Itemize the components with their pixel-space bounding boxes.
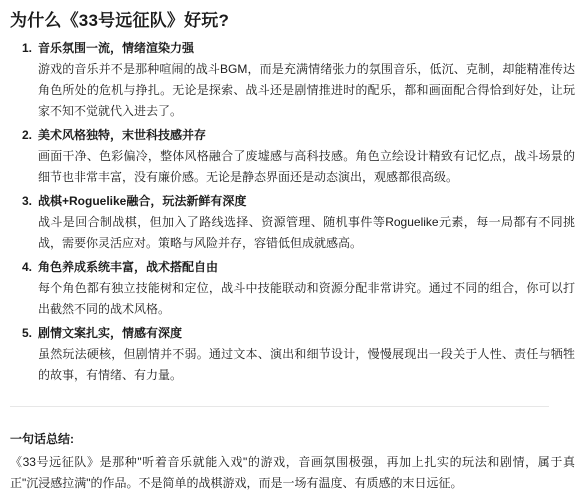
- list-item-content: 剧情文案扎实，情感有深度 虽然玩法硬核，但剧情并不弱。通过文本、演出和细节设计，…: [38, 323, 575, 386]
- list-item: 3. 战棋+Roguelike融合，玩法新鲜有深度 战斗是回合制战棋，但加入了路…: [10, 191, 575, 254]
- list-item: 4. 角色养成系统丰富，战术搭配自由 每个角色都有独立技能树和定位，战斗中技能联…: [10, 257, 575, 320]
- list-item-body: 虽然玩法硬核，但剧情并不弱。通过文本、演出和细节设计，慢慢展现出一段关于人性、责…: [38, 344, 575, 386]
- list-item-content: 音乐氛围一流，情绪渲染力强 游戏的音乐并不是那种喧闹的战斗BGM，而是充满情绪张…: [38, 38, 575, 122]
- list-item-heading: 音乐氛围一流，情绪渲染力强: [38, 38, 575, 59]
- list-item-number: 3.: [10, 191, 38, 254]
- list-item-content: 美术风格独特，末世科技感并存 画面干净、色彩偏冷，整体风格融合了废墟感与高科技感…: [38, 125, 575, 188]
- list-item: 2. 美术风格独特，末世科技感并存 画面干净、色彩偏冷，整体风格融合了废墟感与高…: [10, 125, 575, 188]
- list-item-heading: 美术风格独特，末世科技感并存: [38, 125, 575, 146]
- list-item: 1. 音乐氛围一流，情绪渲染力强 游戏的音乐并不是那种喧闹的战斗BGM，而是充满…: [10, 38, 575, 122]
- list-item-heading: 角色养成系统丰富，战术搭配自由: [38, 257, 575, 278]
- summary-body: 《33号远征队》是那种"听着音乐就能入戏"的游戏，音画氛围极强，再加上扎实的玩法…: [10, 452, 575, 494]
- list-item-content: 角色养成系统丰富，战术搭配自由 每个角色都有独立技能树和定位，战斗中技能联动和资…: [38, 257, 575, 320]
- list-item: 5. 剧情文案扎实，情感有深度 虽然玩法硬核，但剧情并不弱。通过文本、演出和细节…: [10, 323, 575, 386]
- list-item-number: 1.: [10, 38, 38, 122]
- list-item-number: 2.: [10, 125, 38, 188]
- page-title: 为什么《33号远征队》好玩?: [10, 10, 575, 32]
- list-item-body: 游戏的音乐并不是那种喧闹的战斗BGM，而是充满情绪张力的氛围音乐，低沉、克制，却…: [38, 59, 575, 122]
- summary-heading: 一句话总结:: [10, 429, 575, 450]
- summary-section: 一句话总结: 《33号远征队》是那种"听着音乐就能入戏"的游戏，音画氛围极强，再…: [10, 429, 575, 494]
- list-item-content: 战棋+Roguelike融合，玩法新鲜有深度 战斗是回合制战棋，但加入了路线选择…: [38, 191, 575, 254]
- divider: [10, 406, 549, 407]
- list-item-heading: 剧情文案扎实，情感有深度: [38, 323, 575, 344]
- list-item-body: 战斗是回合制战棋，但加入了路线选择、资源管理、随机事件等Roguelike元素，…: [38, 212, 575, 254]
- document: 为什么《33号远征队》好玩? 1. 音乐氛围一流，情绪渲染力强 游戏的音乐并不是…: [0, 0, 580, 494]
- list-item-heading: 战棋+Roguelike融合，玩法新鲜有深度: [38, 191, 575, 212]
- list-item-number: 5.: [10, 323, 38, 386]
- list-item-number: 4.: [10, 257, 38, 320]
- list-item-body: 画面干净、色彩偏冷，整体风格融合了废墟感与高科技感。角色立绘设计精致有记忆点，战…: [38, 146, 575, 188]
- reasons-list: 1. 音乐氛围一流，情绪渲染力强 游戏的音乐并不是那种喧闹的战斗BGM，而是充满…: [10, 38, 575, 386]
- list-item-body: 每个角色都有独立技能树和定位，战斗中技能联动和资源分配非常讲究。通过不同的组合，…: [38, 278, 575, 320]
